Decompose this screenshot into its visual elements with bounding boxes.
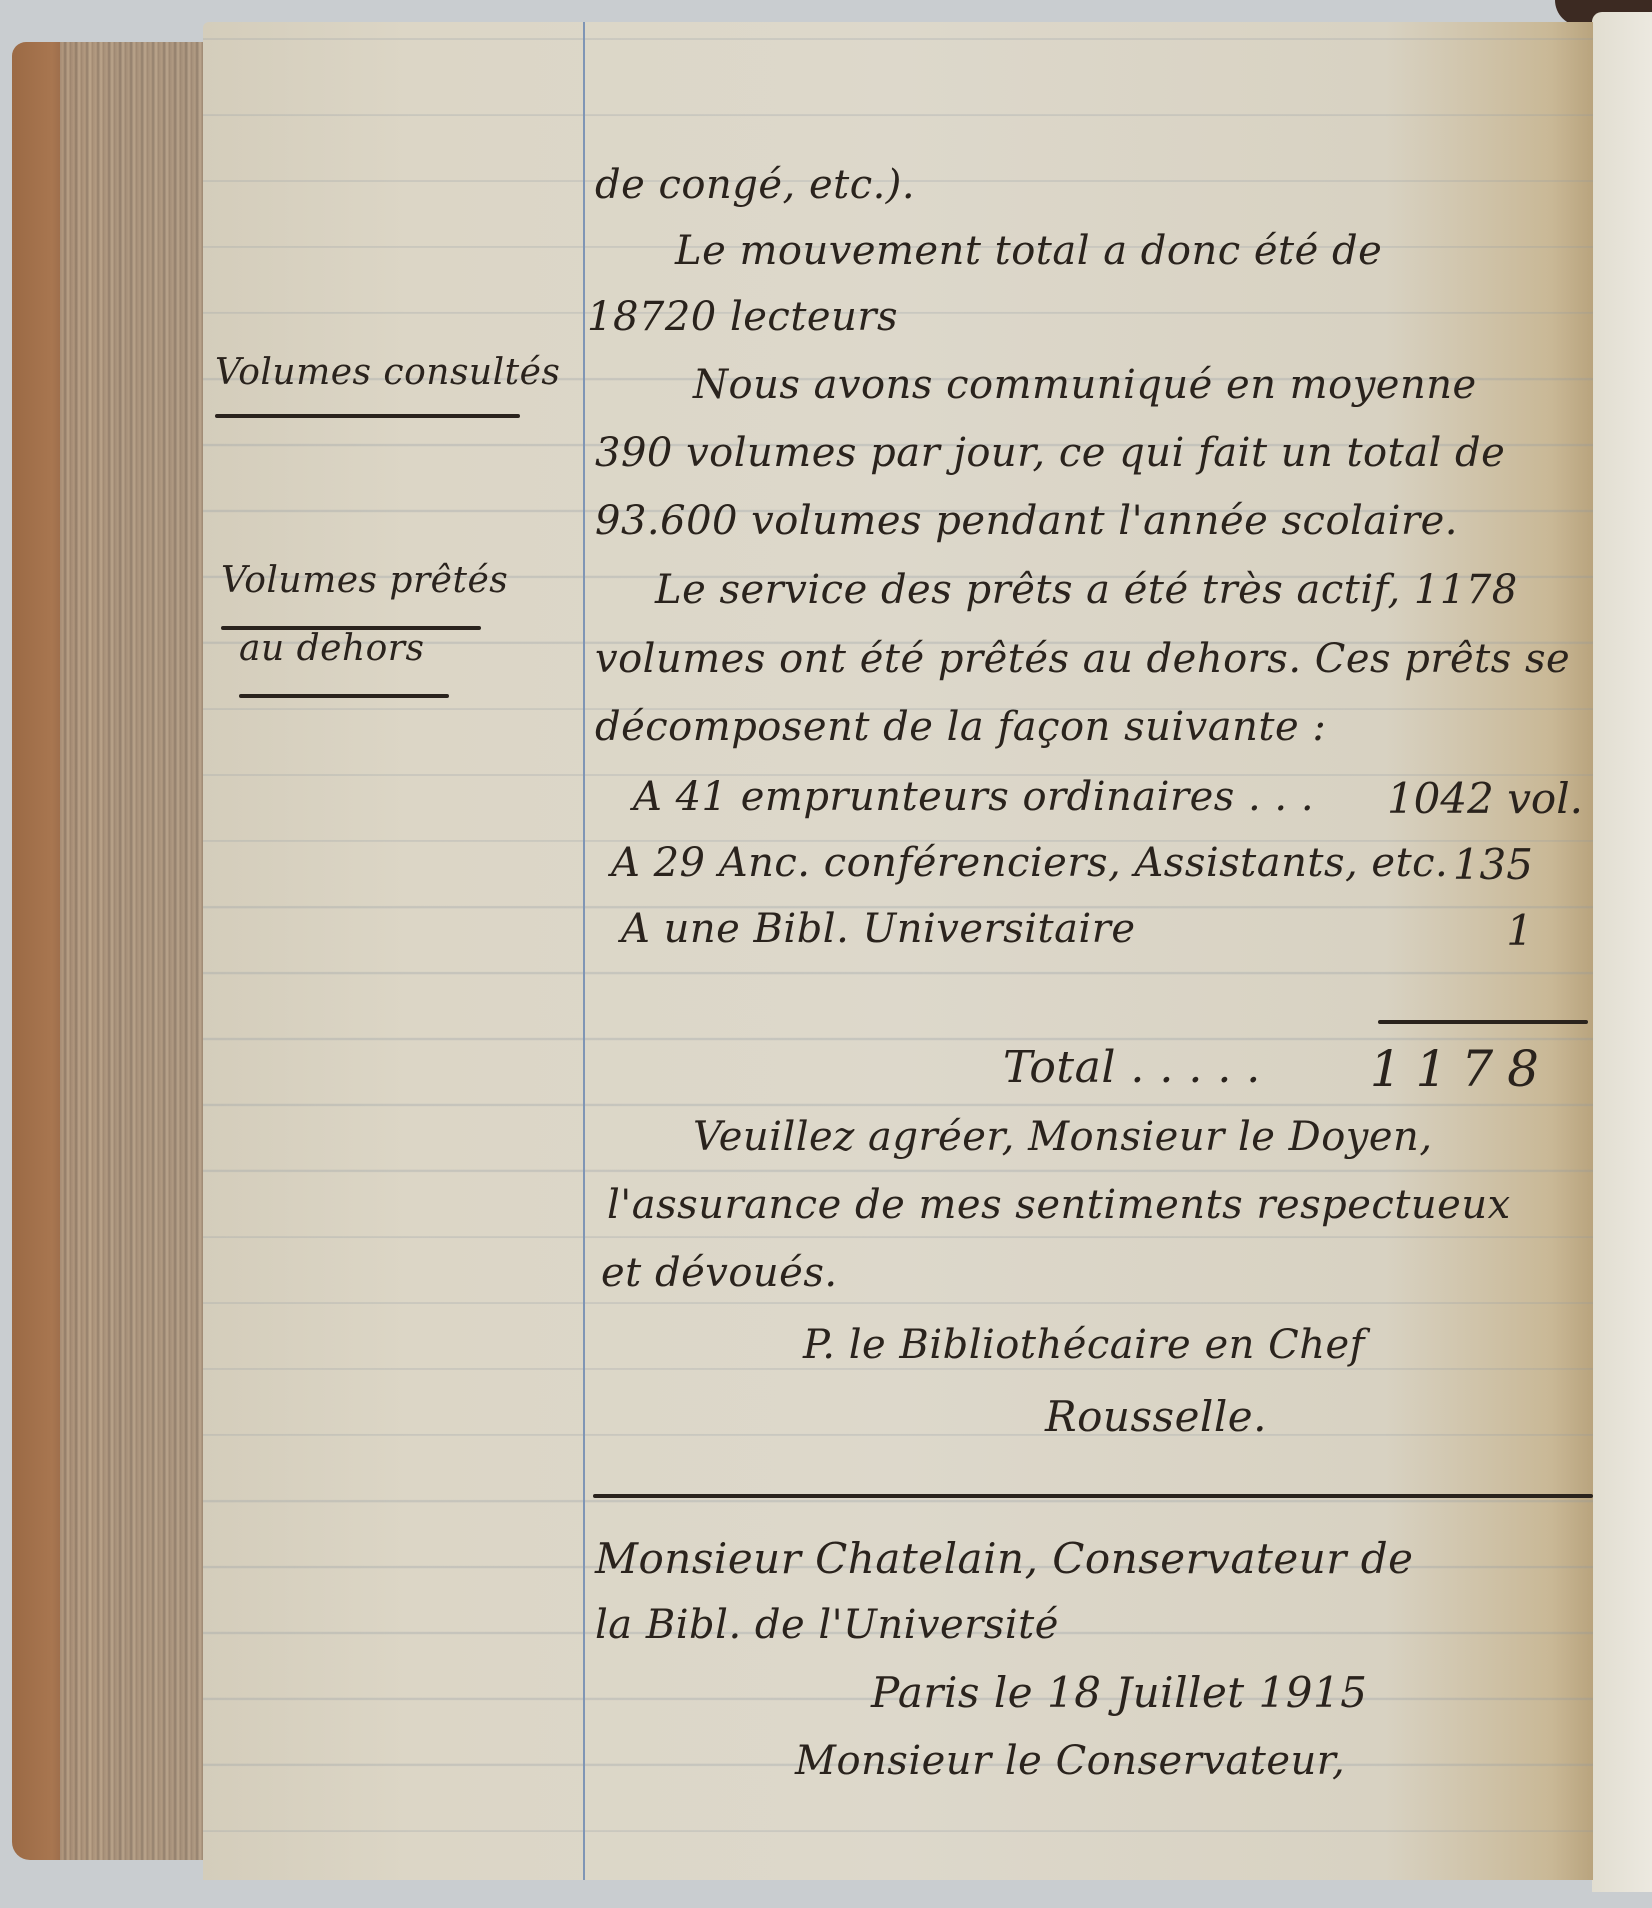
loan-row-label: A 29 Anc. conférenciers, Assistants, etc…: [611, 840, 1448, 886]
body-line: de congé, etc.).: [595, 162, 915, 208]
closing-line: l'assurance de mes sentiments respectueu…: [607, 1182, 1511, 1228]
body-line: 18720 lecteurs: [587, 294, 898, 340]
body-line: volumes ont été prêtés au dehors. Ces pr…: [595, 636, 1570, 682]
margin-note-underline: [239, 694, 449, 698]
total-amount: 1178: [1353, 1040, 1553, 1098]
margin-note-au-dehors: au dehors: [239, 628, 424, 669]
margin-rule: [583, 22, 585, 1880]
closing-line: Veuillez agréer, Monsieur le Doyen,: [693, 1114, 1433, 1160]
body-line: Nous avons communiqué en moyenne: [693, 362, 1477, 408]
facing-page-edge: [1592, 12, 1652, 1892]
margin-note-volumes-consultes: Volumes consultés: [215, 352, 560, 393]
body-line: décomposent de la façon suivante :: [595, 704, 1326, 750]
letter-separator: [593, 1494, 1593, 1498]
loan-row-amount: 1: [1373, 906, 1533, 955]
total-label: Total . . . . .: [1003, 1042, 1261, 1093]
ledger-page: Volumes consultés Volumes prêtés au deho…: [203, 22, 1593, 1880]
body-line: Le mouvement total a donc été de: [675, 228, 1382, 274]
recipient-line: Monsieur Chatelain, Conservateur de: [595, 1534, 1413, 1583]
recipient-line: la Bibl. de l'Université: [595, 1602, 1059, 1648]
loan-row-label: A 41 emprunteurs ordinaires . . .: [633, 774, 1314, 820]
signature-title: P. le Bibliothécaire en Chef: [803, 1322, 1365, 1368]
body-line: Le service des prêts a été très actif, 1…: [655, 567, 1518, 613]
date-line: Paris le 18 Juillet 1915: [871, 1668, 1367, 1717]
salutation: Monsieur le Conservateur,: [795, 1738, 1345, 1784]
closing-line: et dévoués.: [601, 1250, 838, 1296]
sum-rule: [1378, 1020, 1588, 1024]
loan-row-amount: 1042 vol.: [1373, 774, 1583, 823]
body-line: 390 volumes par jour, ce qui fait un tot…: [595, 430, 1505, 476]
loan-row-label: A une Bibl. Universitaire: [621, 906, 1136, 952]
page-block-edge: [60, 42, 205, 1860]
loan-row-amount: 135: [1373, 840, 1533, 889]
margin-note-underline: [215, 414, 520, 418]
body-line: 93.600 volumes pendant l'année scolaire.: [595, 498, 1458, 544]
margin-note-volumes-pretes: Volumes prêtés: [221, 560, 508, 601]
signature-name: Rousselle.: [1045, 1392, 1267, 1441]
